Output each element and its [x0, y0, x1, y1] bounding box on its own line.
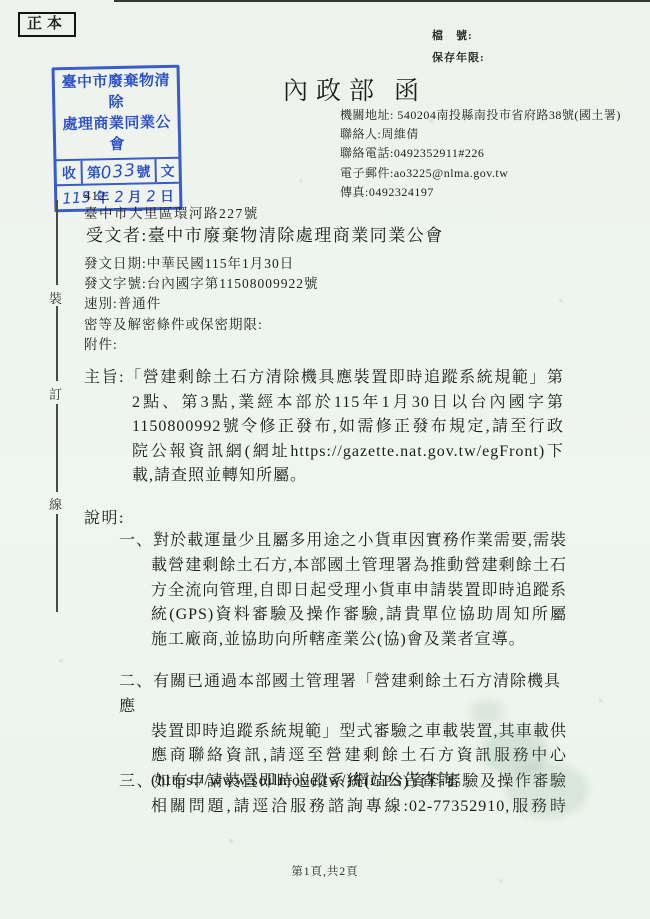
- stamp-no-handwritten: 033: [100, 160, 137, 183]
- scan-edge-line: [114, 0, 650, 2]
- stamp-document-number: 第 033 號: [83, 159, 155, 183]
- binding-line-segment: [56, 306, 58, 381]
- binding-line-segment: [56, 404, 58, 492]
- text-line: 方全流向管理,自即日起受理小貨車申請裝置即時追蹤系: [119, 579, 567, 604]
- contact-email: 電子郵件:ao3225@nlma.gov.tw: [340, 164, 621, 183]
- scanned-official-letter: 正本 檔 號: 保存年限: 內政部函 臺中市廢棄物清除 處理商業同業公會 收 第…: [0, 0, 650, 919]
- text-line: 統(GPS)資料審驗及操作審驗,請貴單位協助周知所屬: [119, 603, 567, 628]
- text-line: 主旨:「營建剩餘土石方清除機具應裝置即時追蹤系統規範」第: [84, 366, 564, 391]
- sender-contact-block: 機關地址: 540204南投縣南投市省府路38號(國土署) 聯絡人:周維倩 聯絡…: [340, 106, 621, 202]
- subject-paragraph: 主旨:「營建剩餘土石方清除機具應裝置即時追蹤系統規範」第2點、第3點,業經本部於…: [84, 366, 564, 489]
- binding-mark-ding: 訂: [49, 384, 62, 403]
- scan-noise: [0, 0, 2, 2]
- file-number-label: 檔 號:: [432, 25, 485, 47]
- scan-smudge: [470, 700, 504, 724]
- agency-address: 機關地址: 540204南投縣南投市省府路38號(國土署): [340, 106, 621, 125]
- text-line: 三、如有申請裝置即時追蹤系統(GPS)資料審驗及操作審驗: [119, 770, 567, 795]
- document-title: 內政部函: [283, 71, 427, 107]
- recipient-address: 臺中市大里區環河路227號: [84, 202, 259, 222]
- text-line: 施工廠商,並協助向所轄產業公(協)會及業者宣導。: [119, 628, 567, 653]
- issue-number: 發文字號:台內國字第11508009922號: [84, 274, 319, 294]
- stamp-org-line1: 臺中市廢棄物清除: [55, 71, 178, 116]
- security-class: 密等及解密條件或保密期限:: [84, 315, 319, 335]
- text-line: 載營建剩餘土石方,本部國土管理署為推動營建剩餘土石: [119, 554, 567, 579]
- subject-lines: 主旨:「營建剩餘土石方清除機具應裝置即時追蹤系統規範」第2點、第3點,業經本部於…: [84, 366, 564, 489]
- text-line: 院公報資訊網(網址https://gazette.nat.gov.tw/egFr…: [84, 440, 564, 465]
- stamp-number-row: 收 第 033 號 文: [56, 157, 178, 185]
- contact-phone: 聯絡電話:0492352911#226: [340, 144, 621, 163]
- stamp-org-line2: 處理商業同業公會: [56, 113, 179, 158]
- text-line: 1150800992號令修正發布,如需修正發布規定,請至行政: [84, 415, 564, 440]
- recipient-line: 受文者:臺中市廢棄物清除處理商業同業公會: [86, 221, 444, 246]
- binding-line-segment: [56, 514, 58, 612]
- text-line: 一、對於載運量少且屬多用途之小貨車因實務作業需要,需裝: [119, 529, 567, 554]
- retention-period-label: 保存年限:: [432, 47, 485, 69]
- description-item-3: 三、如有申請裝置即時追蹤系統(GPS)資料審驗及操作審驗相關問題,請逕洽服務諮詢…: [119, 770, 567, 820]
- contact-person: 聯絡人:周維倩: [340, 125, 621, 144]
- attachment-label: 附件:: [84, 335, 319, 355]
- issuing-agency: 內政部: [283, 78, 382, 105]
- text-line: 2點、第3點,業經本部於115年1月30日以台內國字第: [84, 391, 564, 416]
- binding-mark-zhuang: 裝: [49, 288, 62, 307]
- document-meta-block: 發文日期:中華民國115年1月30日 發文字號:台內國字第11508009922…: [84, 254, 319, 355]
- text-line: 載,請查照並轉知所屬。: [84, 464, 564, 489]
- page-number: 第1頁,共2頁: [0, 863, 650, 879]
- description-heading: 說明:: [84, 505, 125, 528]
- stamp-receive-label: 收: [56, 161, 83, 185]
- copy-type-box: 正本: [18, 12, 76, 37]
- binding-mark-xian: 線: [49, 494, 62, 513]
- scan-smudge: [506, 762, 588, 818]
- stamp-organization: 臺中市廢棄物清除 處理商業同業公會: [55, 68, 179, 160]
- text-line: 相關問題,請逕洽服務諮詢專線:02-77352910,服務時: [119, 795, 567, 820]
- issue-date: 發文日期:中華民國115年1月30日: [84, 254, 319, 274]
- stamp-doc-label: 文: [154, 159, 179, 183]
- binding-line-segment: [56, 200, 58, 285]
- document-type: 函: [394, 78, 427, 105]
- stamp-no-suffix: 號: [136, 161, 150, 181]
- description-item-1-lines: 一、對於載運量少且屬多用途之小貨車因實務作業需要,需裝載營建剩餘土石方,本部國土…: [119, 529, 567, 653]
- received-stamp: 臺中市廢棄物清除 處理商業同業公會 收 第 033 號 文 115 年 2 月 …: [51, 65, 182, 213]
- contact-fax: 傳真:0492324197: [340, 183, 621, 202]
- description-item-3-lines: 三、如有申請裝置即時追蹤系統(GPS)資料審驗及操作審驗相關問題,請逕洽服務諮詢…: [119, 770, 567, 820]
- description-item-1: 一、對於載運量少且屬多用途之小貨車因實務作業需要,需裝載營建剩餘土石方,本部國土…: [119, 529, 567, 653]
- file-number-block: 檔 號: 保存年限:: [432, 25, 485, 69]
- speed-class: 速別:普通件: [84, 294, 319, 314]
